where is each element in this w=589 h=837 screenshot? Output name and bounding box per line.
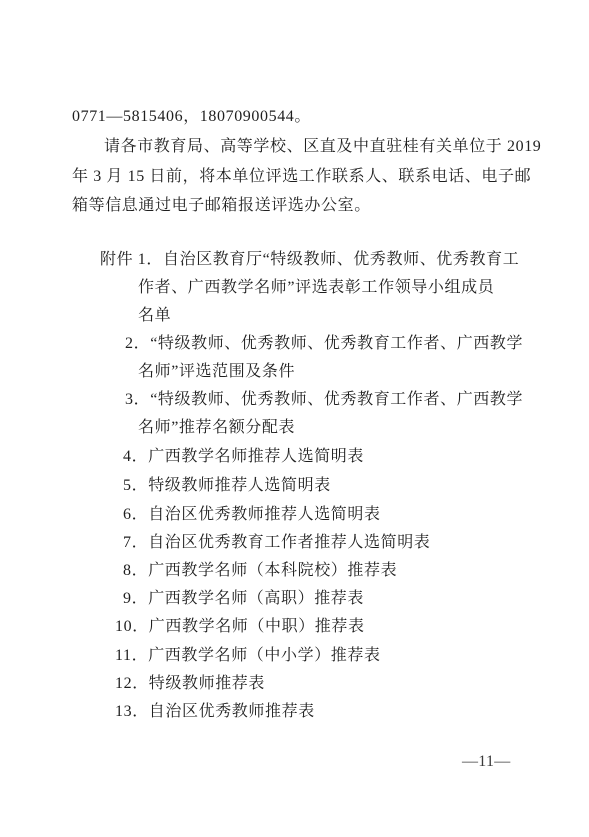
attachment-line: 4．广西教学名师推荐人选简明表	[123, 446, 364, 467]
attachment-line: 名师”推荐名额分配表	[138, 417, 295, 438]
page-number: —11—	[462, 751, 511, 772]
attachment-line: 5．特级教师推荐人选简明表	[123, 475, 331, 496]
attachment-line: 6．自治区优秀教师推荐人选简明表	[123, 504, 381, 525]
attachment-line: 10．广西教学名师（中职）推荐表	[115, 616, 365, 637]
paragraph-line: 年 3 月 15 日前，将本单位评选工作联系人、联系电话、电子邮	[72, 166, 531, 187]
contact-phone-line: 0771—5815406，18070900544。	[72, 106, 311, 127]
attachment-line: 11．广西教学名师（中小学）推荐表	[115, 645, 381, 666]
attachment-line: 名师”评选范围及条件	[138, 361, 295, 382]
attachment-line: 3．“特级教师、优秀教师、优秀教育工作者、广西教学	[125, 389, 523, 410]
attachment-line: 9．广西教学名师（高职）推荐表	[123, 588, 364, 609]
attachment-line: 12．特级教师推荐表	[115, 673, 265, 694]
attachment-line: 7．自治区优秀教育工作者推荐人选简明表	[123, 532, 430, 553]
attachment-line: 作者、广西教学名师”评选表彰工作领导小组成员	[138, 277, 494, 298]
attachment-line: 名单	[138, 305, 171, 326]
document-page: 0771—5815406，18070900544。 请各市教育局、高等学校、区直…	[0, 0, 589, 837]
paragraph-line: 箱等信息通过电子邮箱报送评选办公室。	[72, 195, 371, 216]
attachment-line: 8．广西教学名师（本科院校）推荐表	[123, 560, 397, 581]
attachment-line: 附件 1．自治区教育厅“特级教师、优秀教师、优秀教育工	[100, 249, 519, 270]
attachment-line: 13．自治区优秀教师推荐表	[115, 701, 315, 722]
attachment-line: 2．“特级教师、优秀教师、优秀教育工作者、广西教学	[125, 333, 523, 354]
paragraph-line: 请各市教育局、高等学校、区直及中直驻桂有关单位于 2019	[104, 136, 541, 157]
